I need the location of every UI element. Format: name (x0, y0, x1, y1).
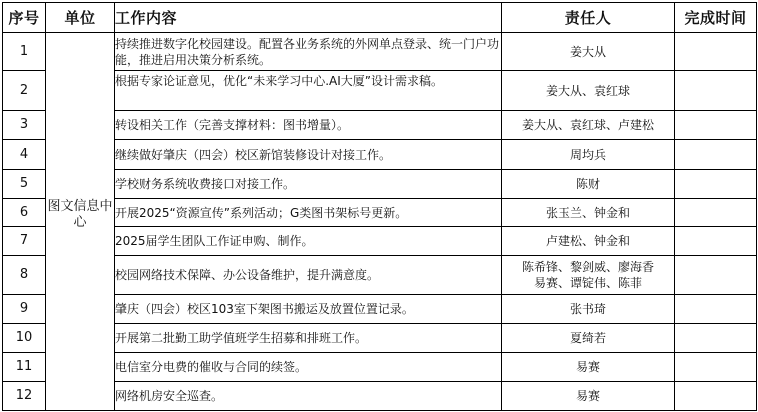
row-index: 10 (3, 324, 46, 353)
row-content[interactable]: 持续推进数字化校园建设。配置各业务系统的外网单点登录、统一门户功能，推进启用决策… (115, 33, 502, 71)
row-owner[interactable]: 夏绮若 (502, 324, 675, 353)
row-completion[interactable] (675, 170, 757, 199)
row-owner[interactable]: 张玉兰、钟金和 (502, 199, 675, 227)
table-row: 7 2025届学生团队工作证申购、制作。 卢建松、钟金和 (3, 227, 757, 256)
header-index: 序号 (3, 3, 46, 33)
row-owner[interactable]: 卢建松、钟金和 (502, 227, 675, 256)
table-row: 1 图文信息中心 持续推进数字化校园建设。配置各业务系统的外网单点登录、统一门户… (3, 33, 757, 71)
row-completion[interactable] (675, 33, 757, 71)
row-index: 11 (3, 353, 46, 382)
row-completion[interactable] (675, 140, 757, 170)
header-content: 工作内容 (115, 3, 502, 33)
row-content[interactable]: 继续做好肇庆（四会）校区新馆装修设计对接工作。 (115, 140, 502, 170)
header-owner: 责任人 (502, 3, 675, 33)
row-completion[interactable] (675, 199, 757, 227)
row-content[interactable]: 转设相关工作（完善支撑材料：图书增量）。 (115, 111, 502, 140)
row-index: 4 (3, 140, 46, 170)
table-row: 2 根据专家论证意见，优化“未来学习中心.AI大厦”设计需求稿。 姜大从、袁红球 (3, 71, 757, 111)
row-completion[interactable] (675, 353, 757, 382)
row-completion[interactable] (675, 256, 757, 295)
table-row: 12 网络机房安全巡查。 易赛 (3, 382, 757, 411)
row-owner[interactable]: 姜大从 (502, 33, 675, 71)
row-completion[interactable] (675, 227, 757, 256)
row-content[interactable]: 根据专家论证意见，优化“未来学习中心.AI大厦”设计需求稿。 (115, 71, 502, 111)
row-index: 7 (3, 227, 46, 256)
row-completion[interactable] (675, 295, 757, 324)
row-owner[interactable]: 易赛 (502, 382, 675, 411)
row-completion[interactable] (675, 382, 757, 411)
row-content[interactable]: 电信室分电费的催收与合同的续签。 (115, 353, 502, 382)
row-content[interactable]: 网络机房安全巡查。 (115, 382, 502, 411)
row-completion[interactable] (675, 71, 757, 111)
row-index: 8 (3, 256, 46, 295)
row-index: 3 (3, 111, 46, 140)
row-content[interactable]: 校园网络技术保障、办公设备维护，提升满意度。 (115, 256, 502, 295)
table-row: 11 电信室分电费的催收与合同的续签。 易赛 (3, 353, 757, 382)
row-index: 2 (3, 71, 46, 111)
row-completion[interactable] (675, 111, 757, 140)
row-owner[interactable]: 易赛 (502, 353, 675, 382)
row-index: 9 (3, 295, 46, 324)
table-row: 3 转设相关工作（完善支撑材料：图书增量）。 姜大从、袁红球、卢建松 (3, 111, 757, 140)
table-row: 10 开展第二批勤工助学值班学生招募和排班工作。 夏绮若 (3, 324, 757, 353)
row-owner[interactable]: 张书琦 (502, 295, 675, 324)
row-index: 1 (3, 33, 46, 71)
row-owner[interactable]: 周均兵 (502, 140, 675, 170)
header-unit: 单位 (46, 3, 115, 33)
table-row: 5 学校财务系统收费接口对接工作。 陈财 (3, 170, 757, 199)
row-index: 12 (3, 382, 46, 411)
table-row: 6 开展2025“资源宣传”系列活动；G类图书架标号更新。 张玉兰、钟金和 (3, 199, 757, 227)
row-owner[interactable]: 陈希锋、黎剑威、廖海香 易赛、谭锭伟、陈菲 (502, 256, 675, 295)
row-content[interactable]: 开展2025“资源宣传”系列活动；G类图书架标号更新。 (115, 199, 502, 227)
owner-line-1: 陈希锋、黎剑威、廖海香 (502, 259, 674, 275)
row-owner[interactable]: 姜大从、袁红球 (502, 71, 675, 111)
row-owner[interactable]: 陈财 (502, 170, 675, 199)
row-completion[interactable] (675, 324, 757, 353)
unit-cell: 图文信息中心 (46, 33, 115, 411)
table-row: 9 肇庆（四会）校区103室下架图书搬运及放置位置记录。 张书琦 (3, 295, 757, 324)
row-owner[interactable]: 姜大从、袁红球、卢建松 (502, 111, 675, 140)
header-row: 序号 单位 工作内容 责任人 完成时间 (3, 3, 757, 33)
table-row: 4 继续做好肇庆（四会）校区新馆装修设计对接工作。 周均兵 (3, 140, 757, 170)
row-content[interactable]: 学校财务系统收费接口对接工作。 (115, 170, 502, 199)
row-index: 6 (3, 199, 46, 227)
work-plan-table: 序号 单位 工作内容 责任人 完成时间 1 图文信息中心 持续推进数字化校园建设… (2, 2, 757, 411)
header-completion: 完成时间 (675, 3, 757, 33)
table-row: 8 校园网络技术保障、办公设备维护，提升满意度。 陈希锋、黎剑威、廖海香 易赛、… (3, 256, 757, 295)
row-content[interactable]: 开展第二批勤工助学值班学生招募和排班工作。 (115, 324, 502, 353)
row-content[interactable]: 肇庆（四会）校区103室下架图书搬运及放置位置记录。 (115, 295, 502, 324)
owner-line-2: 易赛、谭锭伟、陈菲 (502, 275, 674, 291)
row-content[interactable]: 2025届学生团队工作证申购、制作。 (115, 227, 502, 256)
row-index: 5 (3, 170, 46, 199)
